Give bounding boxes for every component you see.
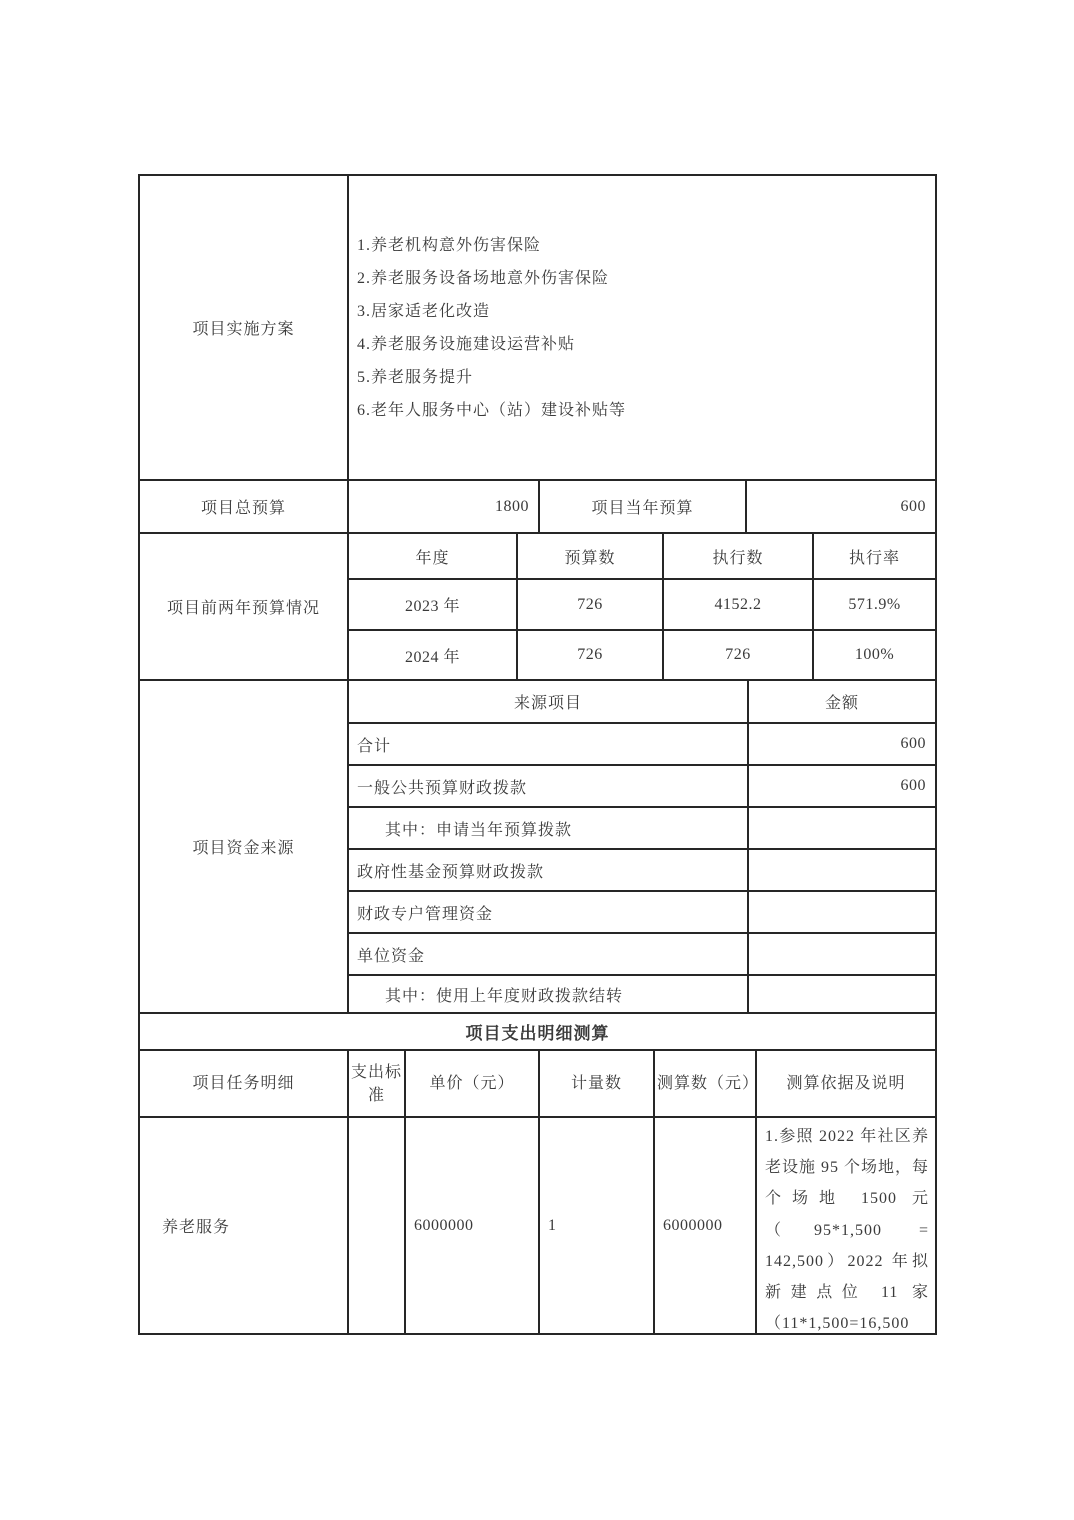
prev-years-subtable: 年度 预算数 执行数 执行率 2023 年 726 4152.2 571.9% … <box>347 534 935 679</box>
funding-total-amount: 600 <box>747 724 935 764</box>
funding-label-cell: 项目资金来源 <box>140 681 347 1012</box>
standard-header-cell: 支出标准 <box>347 1051 404 1116</box>
funding-apply-amount <box>747 808 935 848</box>
prev-years-label-cell: 项目前两年预算情况 <box>140 534 347 679</box>
year-2024-cell: 2024 年 <box>349 631 516 679</box>
budget-num-header-cell: 预算数 <box>516 534 662 578</box>
detail-header-row: 项目任务明细 支出标准 单价（元） 计量数 测算数（元） 测算依据及说明 <box>140 1049 935 1116</box>
amount-header-cell: 金额 <box>747 681 935 722</box>
funding-total-row: 合计 600 <box>349 722 935 764</box>
funding-unit-name: 单位资金 <box>349 934 747 974</box>
funding-carryover-row: 其中：使用上年度财政拨款结转 <box>349 974 935 1012</box>
total-budget-value-cell: 1800 <box>347 481 538 532</box>
funding-subtable: 来源项目 金额 合计 600 一般公共预算财政拨款 600 其中：申请当年预算拨… <box>347 681 935 1012</box>
prev-years-header-row: 年度 预算数 执行数 执行率 <box>349 534 935 578</box>
funding-fiscal-row: 财政专户管理资金 <box>349 890 935 932</box>
estimate-cell: 6000000 <box>653 1118 755 1333</box>
budget-summary-row: 项目总预算 1800 项目当年预算 600 <box>140 479 935 532</box>
prev-years-row: 项目前两年预算情况 年度 预算数 执行数 执行率 2023 年 726 4152… <box>140 532 935 679</box>
standard-cell <box>347 1118 404 1333</box>
implementation-row: 项目实施方案 1.养老机构意外伤害保险 2.养老服务设备场地意外伤害保险 3.居… <box>140 176 935 479</box>
funding-header-row: 来源项目 金额 <box>349 681 935 722</box>
implementation-item: 1.养老机构意外伤害保险 <box>357 229 541 262</box>
task-header-cell: 项目任务明细 <box>140 1051 347 1116</box>
implementation-item: 4.养老服务设施建设运营补贴 <box>357 328 575 361</box>
basis-header-cell: 测算依据及说明 <box>755 1051 935 1116</box>
prev-year-2023-row: 2023 年 726 4152.2 571.9% <box>349 578 935 629</box>
implementation-item: 6.老年人服务中心（站）建设补贴等 <box>357 394 626 427</box>
funding-carryover-amount <box>747 976 935 1012</box>
funding-public-row: 一般公共预算财政拨款 600 <box>349 764 935 806</box>
detail-title: 项目支出明细测算 <box>466 1019 610 1044</box>
funding-govfund-row: 政府性基金预算财政拨款 <box>349 848 935 890</box>
year-budget-label-cell: 项目当年预算 <box>538 481 745 532</box>
detail-title-row: 项目支出明细测算 <box>140 1012 935 1049</box>
funding-apply-name: 其中：申请当年预算拨款 <box>349 808 747 848</box>
year-budget-value-cell: 600 <box>745 481 935 532</box>
funding-govfund-amount <box>747 850 935 890</box>
total-budget-label-cell: 项目总预算 <box>140 481 347 532</box>
exec-2023-cell: 4152.2 <box>662 580 812 629</box>
budget-2024-cell: 726 <box>516 631 662 679</box>
prev-years-label: 项目前两年预算情况 <box>167 595 320 618</box>
implementation-list-cell: 1.养老机构意外伤害保险 2.养老服务设备场地意外伤害保险 3.居家适老化改造 … <box>347 176 935 479</box>
total-budget-value: 1800 <box>495 498 529 516</box>
rate-2024-cell: 100% <box>812 631 935 679</box>
funding-carryover-name: 其中：使用上年度财政拨款结转 <box>349 976 747 1012</box>
task-cell: 养老服务 <box>140 1118 347 1333</box>
funding-fiscal-name: 财政专户管理资金 <box>349 892 747 932</box>
year-budget-value: 600 <box>901 498 927 516</box>
quantity-header-cell: 计量数 <box>538 1051 653 1116</box>
detail-data-row: 养老服务 6000000 1 6000000 1.参照 2022 年社区养老设施… <box>140 1116 935 1333</box>
total-budget-label: 项目总预算 <box>201 495 286 518</box>
year-budget-label: 项目当年预算 <box>591 495 693 518</box>
exec-rate-header-cell: 执行率 <box>812 534 935 578</box>
year-header-cell: 年度 <box>349 534 516 578</box>
basis-cell: 1.参照 2022 年社区养老设施 95 个场地，每个场地 1500 元（95*… <box>755 1118 935 1333</box>
estimate-header-cell: 测算数（元） <box>653 1051 755 1116</box>
funding-public-name: 一般公共预算财政拨款 <box>349 766 747 806</box>
funding-govfund-name: 政府性基金预算财政拨款 <box>349 850 747 890</box>
exec-2024-cell: 726 <box>662 631 812 679</box>
prev-year-2024-row: 2024 年 726 726 100% <box>349 629 935 679</box>
budget-2023-cell: 726 <box>516 580 662 629</box>
implementation-label-cell: 项目实施方案 <box>140 176 347 479</box>
budget-table: 项目实施方案 1.养老机构意外伤害保险 2.养老服务设备场地意外伤害保险 3.居… <box>138 174 937 1335</box>
funding-fiscal-amount <box>747 892 935 932</box>
source-header-cell: 来源项目 <box>349 681 747 722</box>
year-2023-cell: 2023 年 <box>349 580 516 629</box>
funding-label: 项目资金来源 <box>192 835 294 858</box>
funding-total-name: 合计 <box>349 724 747 764</box>
funding-unit-amount <box>747 934 935 974</box>
implementation-label: 项目实施方案 <box>192 316 294 339</box>
quantity-cell: 1 <box>538 1118 653 1333</box>
implementation-item: 2.养老服务设备场地意外伤害保险 <box>357 262 609 295</box>
funding-unit-row: 单位资金 <box>349 932 935 974</box>
implementation-item: 5.养老服务提升 <box>357 361 473 394</box>
unit-price-cell: 6000000 <box>404 1118 538 1333</box>
funding-apply-row: 其中：申请当年预算拨款 <box>349 806 935 848</box>
exec-num-header-cell: 执行数 <box>662 534 812 578</box>
funding-public-amount: 600 <box>747 766 935 806</box>
rate-2023-cell: 571.9% <box>812 580 935 629</box>
implementation-item: 3.居家适老化改造 <box>357 295 490 328</box>
funding-row: 项目资金来源 来源项目 金额 合计 600 一般公共预算财政拨款 600 其中：… <box>140 679 935 1012</box>
unit-price-header-cell: 单价（元） <box>404 1051 538 1116</box>
